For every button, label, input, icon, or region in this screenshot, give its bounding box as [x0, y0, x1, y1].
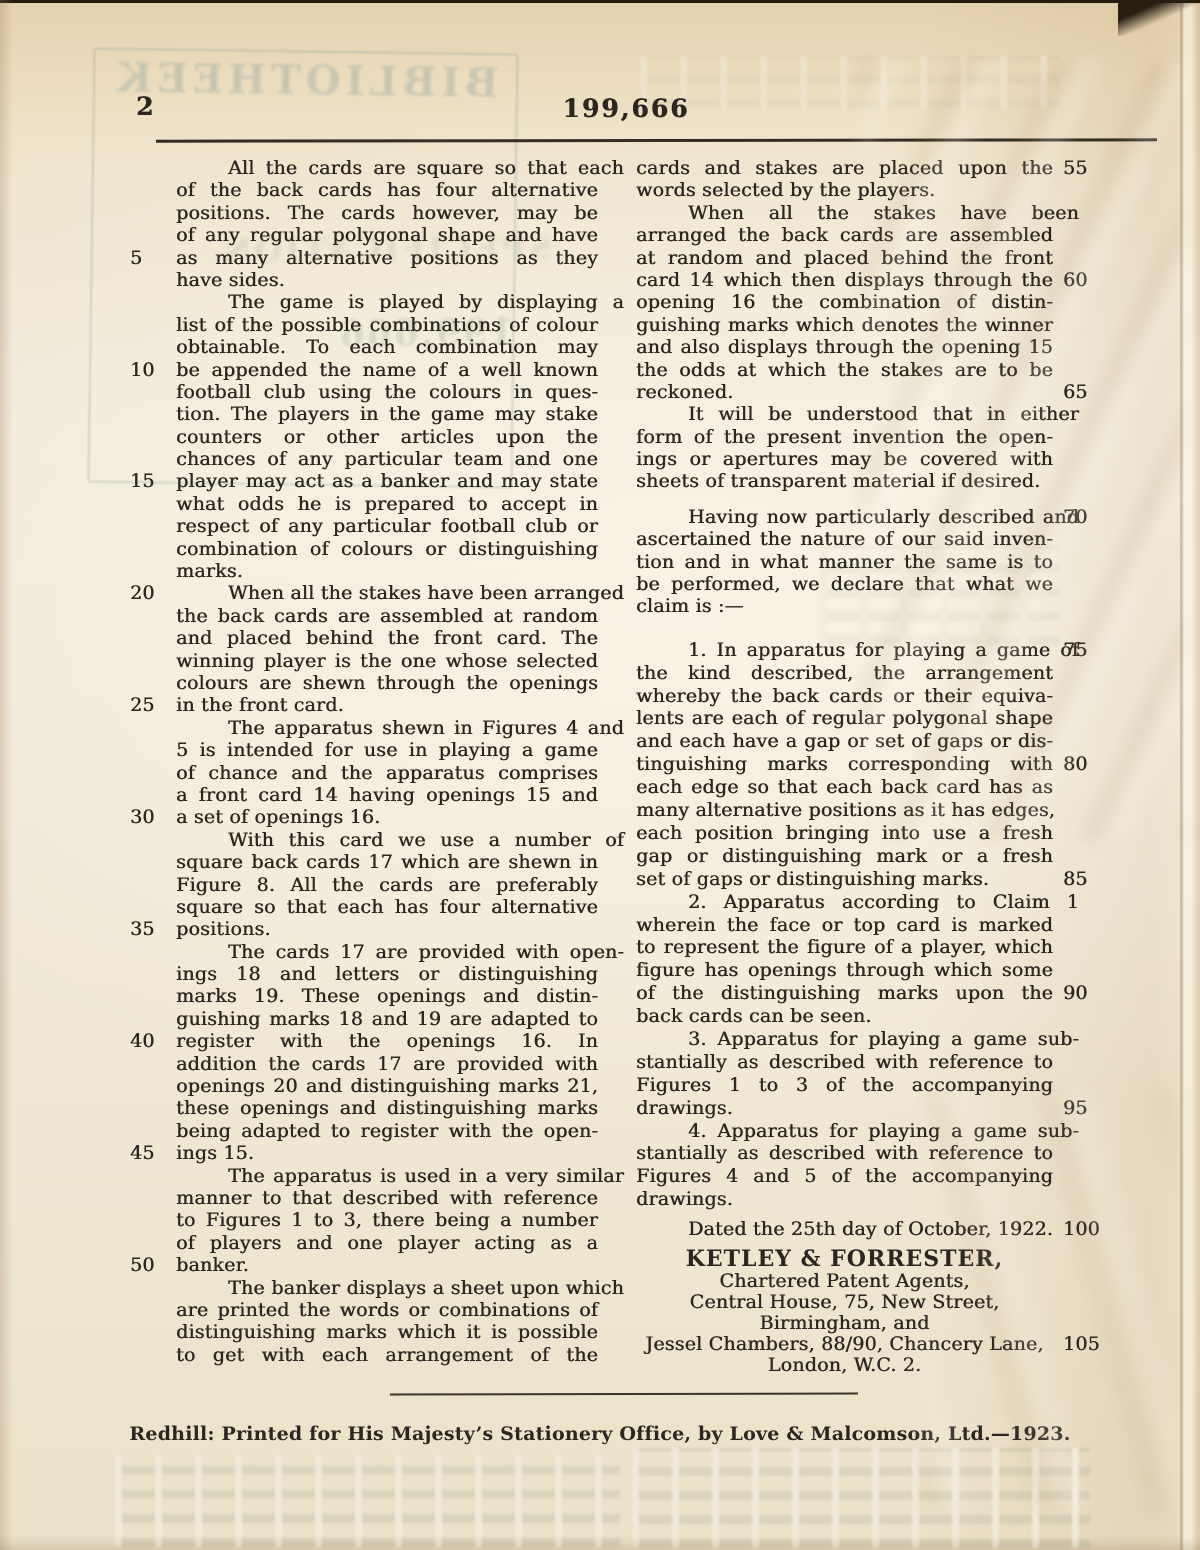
text-line: ascertained the nature of our said inven… [636, 528, 1053, 550]
text-line: football club using the colours in ques- [176, 381, 598, 403]
text-line: counters or other articles upon the [176, 426, 598, 448]
line-number: 20 [130, 582, 166, 604]
text-line: When all the stakes have been [636, 202, 1053, 224]
text-line: figure has openings through which some [636, 959, 1053, 982]
text-line: It will be understood that in either [636, 403, 1053, 425]
text-line: Central House, 75, New Street, [636, 1292, 1053, 1313]
text-line: many alternative positions as it has edg… [636, 799, 1053, 822]
text-line: manner to that described with reference [176, 1187, 598, 1209]
text-line: The apparatus shewn in Figures 4 and [176, 717, 598, 739]
text-line: stantially as described with reference t… [636, 1051, 1053, 1074]
text-line: With this card we use a number of [176, 829, 598, 851]
text-line: and each have a gap or set of gaps or di… [636, 730, 1053, 753]
line-number: 80 [1063, 753, 1113, 776]
text-line: Figure 8. All the cards are preferably [176, 874, 598, 896]
text-line: positions.35 [176, 918, 598, 940]
footer-rule [390, 1393, 858, 1396]
text-line: marks 19. These openings and distin- [176, 985, 598, 1007]
text-line: words selected by the players. [636, 179, 1053, 201]
text-line: of the back cards has four alternative [176, 179, 598, 201]
text-line: are printed the words or combinations of [176, 1299, 598, 1321]
line-number: 65 [1063, 381, 1113, 403]
text-line: distinguishing marks which it is possibl… [176, 1321, 598, 1343]
text-line: guishing marks which denotes the winner [636, 314, 1053, 336]
text-line: and also displays through the opening 15 [636, 336, 1053, 358]
text-line: to Figures 1 to 3, there being a number [176, 1209, 598, 1231]
line-number: 35 [130, 918, 166, 940]
text-line: whereby the back cards or their equiva- [636, 685, 1053, 708]
text-line: claim is :— [636, 595, 1053, 617]
text-line: ings 18 and letters or distinguishing [176, 963, 598, 985]
text-line: cards and stakes are placed upon the55 [636, 157, 1053, 179]
text-line: each position bringing into use a fresh [636, 822, 1053, 845]
text-line: When all the stakes have been arranged20 [176, 582, 598, 604]
line-number: 15 [130, 470, 166, 492]
page-content: 2 199,666 All the cards are square so th… [0, 0, 1200, 1550]
text-line: have sides. [176, 269, 598, 291]
text-line: 5 is intended for use in playing a game [176, 739, 598, 761]
text-line: each edge so that each back card has as [636, 776, 1053, 799]
text-line: tion and in what manner the same is to [636, 551, 1053, 573]
text-line: form of the present invention the open- [636, 426, 1053, 448]
text-line: Having now particularly described and70 [636, 506, 1053, 528]
line-number: 55 [1063, 157, 1113, 179]
text-line: reckoned.65 [636, 381, 1053, 403]
text-line: of players and one player acting as a [176, 1232, 598, 1254]
text-line: stantially as described with reference t… [636, 1142, 1053, 1165]
text-line: the back cards are assembled at random [176, 605, 598, 627]
text-line: what odds he is prepared to accept in [176, 493, 598, 515]
text-line: ings 15.45 [176, 1142, 598, 1164]
text-line: a front card 14 having openings 15 and [176, 784, 598, 806]
text-line: drawings.95 [636, 1097, 1053, 1120]
line-number: 85 [1063, 868, 1113, 891]
text-line: winning player is the one whose selected [176, 650, 598, 672]
text-line: chances of any particular team and one [176, 448, 598, 470]
text-line: addition the cards 17 are provided with [176, 1053, 598, 1075]
text-line: Chartered Patent Agents, [636, 1271, 1053, 1292]
text-block-continuation: cards and stakes are placed upon the55wo… [636, 157, 1053, 493]
text-line: lents are each of regular polygonal shap… [636, 707, 1053, 730]
text-line: All the cards are square so that each [176, 157, 598, 179]
text-line: be performed, we declare that what we [636, 573, 1053, 595]
text-block-claims: 1. In apparatus for playing a game of75t… [636, 639, 1053, 1211]
text-line: set of gaps or distinguishing marks.85 [636, 868, 1053, 891]
text-line: arranged the back cards are assembled [636, 224, 1053, 246]
text-line: combination of colours or distinguishing [176, 538, 598, 560]
line-number: 70 [1063, 506, 1113, 528]
text-line: Figures 4 and 5 of the accompanying [636, 1165, 1053, 1188]
text-line: as many alternative positions as they5 [176, 247, 598, 269]
text-line: opening 16 the combination of distin- [636, 291, 1053, 313]
text-block-dated: Dated the 25th day of October, 1922.100 [636, 1218, 1053, 1240]
text-line: 1. In apparatus for playing a game of75 [636, 639, 1053, 662]
text-line: colours are shewn through the openings [176, 672, 598, 694]
text-line: of chance and the apparatus comprises [176, 762, 598, 784]
line-number: 5 [130, 247, 166, 269]
printer-imprint: Redhill: Printed for His Majesty’s Stati… [0, 1423, 1200, 1445]
text-line: Figures 1 to 3 of the accompanying [636, 1074, 1053, 1097]
text-line: list of the possible combinations of col… [176, 314, 598, 336]
text-line: a set of openings 16.30 [176, 806, 598, 828]
text-line: Jessel Chambers, 88/90, Chancery Lane,10… [636, 1334, 1053, 1355]
text-line: wherein the face or top card is marked [636, 914, 1053, 937]
text-line: positions. The cards however, may be [176, 202, 598, 224]
text-line: The banker displays a sheet upon which [176, 1277, 598, 1299]
text-line: The game is played by displaying a [176, 291, 598, 313]
text-line: gap or distinguishing mark or a fresh [636, 845, 1053, 868]
text-line: the kind described, the arrangement [636, 662, 1053, 685]
text-line: and placed behind the front card. The [176, 627, 598, 649]
text-line: player may act as a banker and may state… [176, 470, 598, 492]
text-line: 2. Apparatus according to Claim 1 [636, 891, 1053, 914]
line-number: 10 [130, 359, 166, 381]
text-line: 3. Apparatus for playing a game sub- [636, 1028, 1053, 1051]
line-number: 75 [1063, 639, 1113, 662]
text-line: these openings and distinguishing marks [176, 1097, 598, 1119]
line-number: 25 [130, 694, 166, 716]
line-number: 95 [1063, 1097, 1113, 1120]
text-line: the odds at which the stakes are to be [636, 359, 1053, 381]
line-number: 50 [130, 1254, 166, 1276]
text-block-signature: KETLEY & FORRESTER,Chartered Patent Agen… [636, 1249, 1053, 1376]
text-line: to get with each arrangement of the [176, 1344, 598, 1366]
text-line: guishing marks 18 and 19 are adapted to [176, 1008, 598, 1030]
text-line: at random and placed behind the front [636, 247, 1053, 269]
text-line: to represent the figure of a player, whi… [636, 936, 1053, 959]
text-line: Birmingham, and [636, 1313, 1053, 1334]
text-line: square back cards 17 which are shewn in [176, 851, 598, 873]
text-line: back cards can be seen. [636, 1005, 1053, 1028]
text-line: drawings. [636, 1188, 1053, 1211]
text-line: of any regular polygonal shape and have [176, 224, 598, 246]
text-line: square so that each has four alternative [176, 896, 598, 918]
text-line: Dated the 25th day of October, 1922.100 [636, 1218, 1053, 1240]
page-number: 2 [136, 92, 154, 121]
text-line: be appended the name of a well known10 [176, 359, 598, 381]
header-rule [156, 138, 1157, 142]
line-number: 60 [1063, 269, 1113, 291]
line-number: 100 [1063, 1218, 1113, 1240]
left-text-column: All the cards are square so that eachof … [176, 157, 598, 1366]
text-line: ings or apertures may be covered with [636, 448, 1053, 470]
text-line: in the front card.25 [176, 694, 598, 716]
text-line: card 14 which then displays through the6… [636, 269, 1053, 291]
line-number: 105 [1063, 1334, 1113, 1355]
text-line: sheets of transparent material if desire… [636, 470, 1053, 492]
text-line: being adapted to register with the open- [176, 1120, 598, 1142]
line-number: 90 [1063, 982, 1113, 1005]
line-number: 45 [130, 1142, 166, 1164]
text-line: The cards 17 are provided with open- [176, 941, 598, 963]
text-line: 4. Apparatus for playing a game sub- [636, 1120, 1053, 1143]
text-line: tinguishing marks corresponding with80 [636, 753, 1053, 776]
text-line: of the distinguishing marks upon the90 [636, 982, 1053, 1005]
text-line: London, W.C. 2. [636, 1355, 1053, 1376]
text-line: register with the openings 16. In40 [176, 1030, 598, 1052]
text-line: obtainable. To each combination may [176, 336, 598, 358]
text-line: KETLEY & FORRESTER, [636, 1249, 1053, 1270]
text-line: openings 20 and distinguishing marks 21, [176, 1075, 598, 1097]
scanned-patent-page: BIBLIOTHEEK SPECIFICATION 199,666 2 199,… [0, 0, 1200, 1550]
right-text-column: cards and stakes are placed upon the55wo… [636, 157, 1053, 1377]
patent-number-heading: 199,666 [562, 94, 689, 123]
line-number: 30 [130, 806, 166, 828]
text-block-preamble: Having now particularly described and70a… [636, 506, 1053, 618]
text-line: marks. [176, 560, 598, 582]
text-line: The apparatus is used in a very similar [176, 1165, 598, 1187]
text-line: tion. The players in the game may stake [176, 403, 598, 425]
text-line: banker.50 [176, 1254, 598, 1276]
text-line: respect of any particular football club … [176, 515, 598, 537]
line-number: 40 [130, 1030, 166, 1052]
